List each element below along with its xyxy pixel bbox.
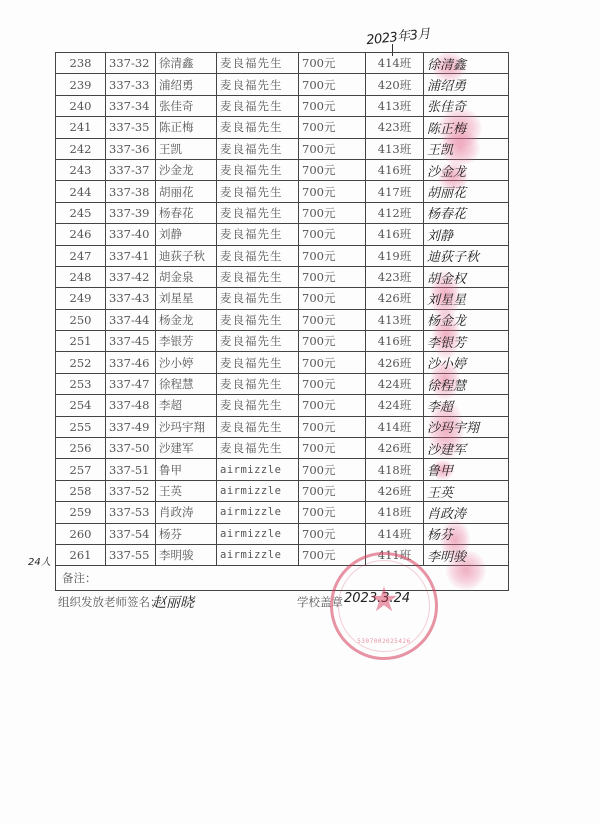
student-code: 337-52 xyxy=(106,480,156,501)
row-index: 238 xyxy=(56,53,106,74)
count-note: 24人 xyxy=(28,553,51,568)
donor-name: 麦良福先生 xyxy=(217,74,299,95)
signature-cell: 陈正梅 xyxy=(424,117,509,138)
donor-name: 麦良福先生 xyxy=(217,352,299,373)
class-name: 413班 xyxy=(366,95,424,116)
table-row: 258337-52王英airmizzle700元426班王英 xyxy=(56,480,509,501)
amount: 700元 xyxy=(299,95,366,116)
student-name: 胡丽花 xyxy=(156,181,217,202)
handwritten-signature: 李明骏 xyxy=(427,550,466,565)
student-name: 王英 xyxy=(156,480,217,501)
row-index: 256 xyxy=(56,438,106,459)
row-index: 253 xyxy=(56,373,106,394)
table-row: 254337-48李超麦良福先生700元424班李超 xyxy=(56,395,509,416)
class-name: 426班 xyxy=(366,438,424,459)
student-code: 337-47 xyxy=(106,373,156,394)
class-name: 416班 xyxy=(366,331,424,352)
handwritten-signature: 沙玛宇翔 xyxy=(427,421,479,436)
student-name: 沙金龙 xyxy=(156,159,217,180)
table-row: 247337-41迪荻子秋麦良福先生700元419班迪荻子秋 xyxy=(56,245,509,266)
table-row: 251337-45李银芳麦良福先生700元416班李银芳 xyxy=(56,331,509,352)
table-row: 255337-49沙玛宇翔麦良福先生700元414班沙玛宇翔 xyxy=(56,416,509,437)
donor-name: 麦良福先生 xyxy=(217,224,299,245)
signature-cell: 李超 xyxy=(424,395,509,416)
signature-cell: 杨春花 xyxy=(424,202,509,223)
class-name: 412班 xyxy=(366,202,424,223)
amount: 700元 xyxy=(299,395,366,416)
amount: 700元 xyxy=(299,202,366,223)
signature-cell: 张佳奇 xyxy=(424,95,509,116)
signature-cell: 刘静 xyxy=(424,224,509,245)
student-name: 肖政涛 xyxy=(156,502,217,523)
table-row: 238337-32徐清鑫麦良福先生700元414班徐清鑫 xyxy=(56,53,509,74)
student-name: 迪荻子秋 xyxy=(156,245,217,266)
table-row: 242337-36王凯麦良福先生700元413班王凯 xyxy=(56,138,509,159)
student-code: 337-40 xyxy=(106,224,156,245)
student-name: 张佳奇 xyxy=(156,95,217,116)
student-code: 337-48 xyxy=(106,395,156,416)
signature-cell: 王英 xyxy=(424,480,509,501)
class-name: 414班 xyxy=(366,416,424,437)
table-row: 260337-54杨芬airmizzle700元414班杨芬 xyxy=(56,523,509,544)
scholarship-roster-table: 238337-32徐清鑫麦良福先生700元414班徐清鑫239337-33浦绍勇… xyxy=(55,52,509,591)
donor-name: airmizzle xyxy=(217,523,299,544)
handwritten-signature: 陈正梅 xyxy=(427,122,466,137)
student-name: 沙建军 xyxy=(156,438,217,459)
row-index: 239 xyxy=(56,74,106,95)
row-index: 240 xyxy=(56,95,106,116)
amount: 700元 xyxy=(299,480,366,501)
handwritten-signature: 迪荻子秋 xyxy=(427,250,479,265)
row-index: 249 xyxy=(56,288,106,309)
signature-cell: 沙玛宇翔 xyxy=(424,416,509,437)
student-code: 337-34 xyxy=(106,95,156,116)
signature-cell: 肖政涛 xyxy=(424,502,509,523)
stamp-date: 2023.3.24 xyxy=(344,591,410,606)
organizer-signature: 赵丽晓 xyxy=(152,592,194,612)
row-index: 261 xyxy=(56,544,106,565)
signature-cell: 迪荻子秋 xyxy=(424,245,509,266)
class-name: 426班 xyxy=(366,480,424,501)
row-index: 250 xyxy=(56,309,106,330)
student-name: 刘星星 xyxy=(156,288,217,309)
handwritten-signature: 张佳奇 xyxy=(427,100,466,115)
class-name: 424班 xyxy=(366,373,424,394)
row-index: 242 xyxy=(56,138,106,159)
seal-code: 5307002025426 xyxy=(333,638,435,645)
student-code: 337-36 xyxy=(106,138,156,159)
class-name: 418班 xyxy=(366,502,424,523)
student-name: 鲁甲 xyxy=(156,459,217,480)
row-index: 254 xyxy=(56,395,106,416)
student-name: 杨春花 xyxy=(156,202,217,223)
handwritten-signature: 杨春花 xyxy=(427,207,466,222)
student-code: 337-55 xyxy=(106,544,156,565)
handwritten-signature: 李银芳 xyxy=(427,336,466,351)
donor-name: 麦良福先生 xyxy=(217,395,299,416)
table-row: 246337-40刘静麦良福先生700元416班刘静 xyxy=(56,224,509,245)
amount: 700元 xyxy=(299,53,366,74)
student-code: 337-45 xyxy=(106,331,156,352)
signature-cell: 沙建军 xyxy=(424,438,509,459)
signature-cell: 沙金龙 xyxy=(424,159,509,180)
donor-name: airmizzle xyxy=(217,502,299,523)
row-index: 241 xyxy=(56,117,106,138)
handwritten-signature: 鲁甲 xyxy=(427,464,453,479)
table-row: 245337-39杨春花麦良福先生700元412班杨春花 xyxy=(56,202,509,223)
handwritten-signature: 沙小婷 xyxy=(427,357,466,372)
donor-name: 麦良福先生 xyxy=(217,245,299,266)
student-name: 刘静 xyxy=(156,224,217,245)
donor-name: 麦良福先生 xyxy=(217,202,299,223)
amount: 700元 xyxy=(299,502,366,523)
amount: 700元 xyxy=(299,181,366,202)
class-name: 413班 xyxy=(366,138,424,159)
handwritten-signature: 杨金龙 xyxy=(427,314,466,329)
roster-body: 238337-32徐清鑫麦良福先生700元414班徐清鑫239337-33浦绍勇… xyxy=(56,53,509,566)
handwritten-signature: 王英 xyxy=(427,486,453,501)
student-code: 337-51 xyxy=(106,459,156,480)
donor-name: 麦良福先生 xyxy=(217,438,299,459)
student-name: 沙小婷 xyxy=(156,352,217,373)
amount: 700元 xyxy=(299,352,366,373)
class-name: 424班 xyxy=(366,395,424,416)
handwritten-signature: 刘静 xyxy=(427,229,453,244)
row-index: 258 xyxy=(56,480,106,501)
signature-cell: 徐清鑫 xyxy=(424,53,509,74)
donor-name: airmizzle xyxy=(217,544,299,565)
student-code: 337-43 xyxy=(106,288,156,309)
row-index: 259 xyxy=(56,502,106,523)
table-row: 257337-51鲁甲airmizzle700元418班鲁甲 xyxy=(56,459,509,480)
class-name: 416班 xyxy=(366,224,424,245)
signature-cell: 杨金龙 xyxy=(424,309,509,330)
student-name: 李银芳 xyxy=(156,331,217,352)
handwritten-signature: 沙建军 xyxy=(427,443,466,458)
class-name: 411班 xyxy=(366,544,424,565)
row-index: 251 xyxy=(56,331,106,352)
student-code: 337-42 xyxy=(106,266,156,287)
student-name: 杨芬 xyxy=(156,523,217,544)
handwritten-signature: 肖政涛 xyxy=(427,507,466,522)
student-name: 徐程慧 xyxy=(156,373,217,394)
student-code: 337-37 xyxy=(106,159,156,180)
donor-name: airmizzle xyxy=(217,480,299,501)
class-name: 414班 xyxy=(366,53,424,74)
row-index: 244 xyxy=(56,181,106,202)
amount: 700元 xyxy=(299,288,366,309)
class-name: 426班 xyxy=(366,288,424,309)
student-name: 陈正梅 xyxy=(156,117,217,138)
class-name: 426班 xyxy=(366,352,424,373)
student-name: 胡金泉 xyxy=(156,266,217,287)
student-name: 杨金龙 xyxy=(156,309,217,330)
student-code: 337-33 xyxy=(106,74,156,95)
donor-name: 麦良福先生 xyxy=(217,53,299,74)
student-code: 337-38 xyxy=(106,181,156,202)
student-code: 337-41 xyxy=(106,245,156,266)
donor-name: 麦良福先生 xyxy=(217,266,299,287)
signature-cell: 李银芳 xyxy=(424,331,509,352)
student-code: 337-54 xyxy=(106,523,156,544)
class-name: 416班 xyxy=(366,159,424,180)
table-row: 259337-53肖政涛airmizzle700元418班肖政涛 xyxy=(56,502,509,523)
student-code: 337-50 xyxy=(106,438,156,459)
remarks-row: 备注： xyxy=(56,566,509,591)
table-row: 253337-47徐程慧麦良福先生700元424班徐程慧 xyxy=(56,373,509,394)
donor-name: 麦良福先生 xyxy=(217,288,299,309)
handwritten-signature: 沙金龙 xyxy=(427,165,466,180)
row-index: 243 xyxy=(56,159,106,180)
amount: 700元 xyxy=(299,266,366,287)
donor-name: 麦良福先生 xyxy=(217,138,299,159)
amount: 700元 xyxy=(299,544,366,565)
donor-name: 麦良福先生 xyxy=(217,159,299,180)
student-code: 337-53 xyxy=(106,502,156,523)
document-page: 2023年3月 238337-32徐清鑫麦良福先生700元414班徐清鑫2393… xyxy=(0,0,600,825)
class-name: 423班 xyxy=(366,266,424,287)
amount: 700元 xyxy=(299,523,366,544)
table-row: 248337-42胡金泉麦良福先生700元423班胡金权 xyxy=(56,266,509,287)
signature-cell: 沙小婷 xyxy=(424,352,509,373)
student-name: 浦绍勇 xyxy=(156,74,217,95)
handwritten-signature: 浦绍勇 xyxy=(427,79,466,94)
donor-name: airmizzle xyxy=(217,459,299,480)
row-index: 255 xyxy=(56,416,106,437)
amount: 700元 xyxy=(299,117,366,138)
row-index: 252 xyxy=(56,352,106,373)
amount: 700元 xyxy=(299,438,366,459)
handwritten-signature: 王凯 xyxy=(427,143,453,158)
signature-cell: 王凯 xyxy=(424,138,509,159)
class-name: 413班 xyxy=(366,309,424,330)
row-index: 248 xyxy=(56,266,106,287)
school-stamp-label: 学校盖章 xyxy=(297,594,343,610)
table-row: 241337-35陈正梅麦良福先生700元423班陈正梅 xyxy=(56,117,509,138)
signature-cell: 刘星星 xyxy=(424,288,509,309)
donor-name: 麦良福先生 xyxy=(217,416,299,437)
row-index: 247 xyxy=(56,245,106,266)
student-name: 王凯 xyxy=(156,138,217,159)
signature-cell: 浦绍勇 xyxy=(424,74,509,95)
signature-cell: 杨芬 xyxy=(424,523,509,544)
student-code: 337-44 xyxy=(106,309,156,330)
amount: 700元 xyxy=(299,309,366,330)
signature-cell: 徐程慧 xyxy=(424,373,509,394)
table-row: 240337-34张佳奇麦良福先生700元413班张佳奇 xyxy=(56,95,509,116)
donor-name: 麦良福先生 xyxy=(217,117,299,138)
student-code: 337-39 xyxy=(106,202,156,223)
class-name: 420班 xyxy=(366,74,424,95)
amount: 700元 xyxy=(299,245,366,266)
signature-cell: 胡丽花 xyxy=(424,181,509,202)
handwritten-signature: 徐清鑫 xyxy=(427,58,466,73)
table-row: 244337-38胡丽花麦良福先生700元417班胡丽花 xyxy=(56,181,509,202)
donor-name: 麦良福先生 xyxy=(217,309,299,330)
table-row: 252337-46沙小婷麦良福先生700元426班沙小婷 xyxy=(56,352,509,373)
table-row: 250337-44杨金龙麦良福先生700元413班杨金龙 xyxy=(56,309,509,330)
row-index: 245 xyxy=(56,202,106,223)
student-code: 337-32 xyxy=(106,53,156,74)
row-index: 260 xyxy=(56,523,106,544)
signature-cell: 胡金权 xyxy=(424,266,509,287)
signature-cell: 鲁甲 xyxy=(424,459,509,480)
table-row: 243337-37沙金龙麦良福先生700元416班沙金龙 xyxy=(56,159,509,180)
amount: 700元 xyxy=(299,224,366,245)
student-name: 徐清鑫 xyxy=(156,53,217,74)
handwritten-date: 2023年3月 xyxy=(365,23,430,49)
class-name: 414班 xyxy=(366,523,424,544)
amount: 700元 xyxy=(299,331,366,352)
handwritten-signature: 徐程慧 xyxy=(427,379,466,394)
student-code: 337-35 xyxy=(106,117,156,138)
amount: 700元 xyxy=(299,159,366,180)
donor-name: 麦良福先生 xyxy=(217,331,299,352)
class-name: 419班 xyxy=(366,245,424,266)
student-name: 李超 xyxy=(156,395,217,416)
table-row: 256337-50沙建军麦良福先生700元426班沙建军 xyxy=(56,438,509,459)
signature-cell: 李明骏 xyxy=(424,544,509,565)
row-index: 246 xyxy=(56,224,106,245)
student-code: 337-49 xyxy=(106,416,156,437)
row-index: 257 xyxy=(56,459,106,480)
student-code: 337-46 xyxy=(106,352,156,373)
handwritten-signature: 李超 xyxy=(427,400,453,415)
amount: 700元 xyxy=(299,416,366,437)
amount: 700元 xyxy=(299,459,366,480)
class-name: 423班 xyxy=(366,117,424,138)
handwritten-signature: 胡丽花 xyxy=(427,186,466,201)
remarks-label: 备注： xyxy=(56,566,509,591)
donor-name: 麦良福先生 xyxy=(217,373,299,394)
table-row: 239337-33浦绍勇麦良福先生700元420班浦绍勇 xyxy=(56,74,509,95)
handwritten-signature: 刘星星 xyxy=(427,293,466,308)
donor-name: 麦良福先生 xyxy=(217,95,299,116)
student-name: 李明骏 xyxy=(156,544,217,565)
table-row: 249337-43刘星星麦良福先生700元426班刘星星 xyxy=(56,288,509,309)
amount: 700元 xyxy=(299,74,366,95)
organizer-signature-label: 组织发放老师签名： xyxy=(58,594,162,610)
handwritten-signature: 杨芬 xyxy=(427,528,453,543)
amount: 700元 xyxy=(299,138,366,159)
class-name: 417班 xyxy=(366,181,424,202)
handwritten-signature: 胡金权 xyxy=(427,272,466,287)
class-name: 418班 xyxy=(366,459,424,480)
donor-name: 麦良福先生 xyxy=(217,181,299,202)
student-name: 沙玛宇翔 xyxy=(156,416,217,437)
amount: 700元 xyxy=(299,373,366,394)
table-row: 261337-55李明骏airmizzle700元411班李明骏 xyxy=(56,544,509,565)
